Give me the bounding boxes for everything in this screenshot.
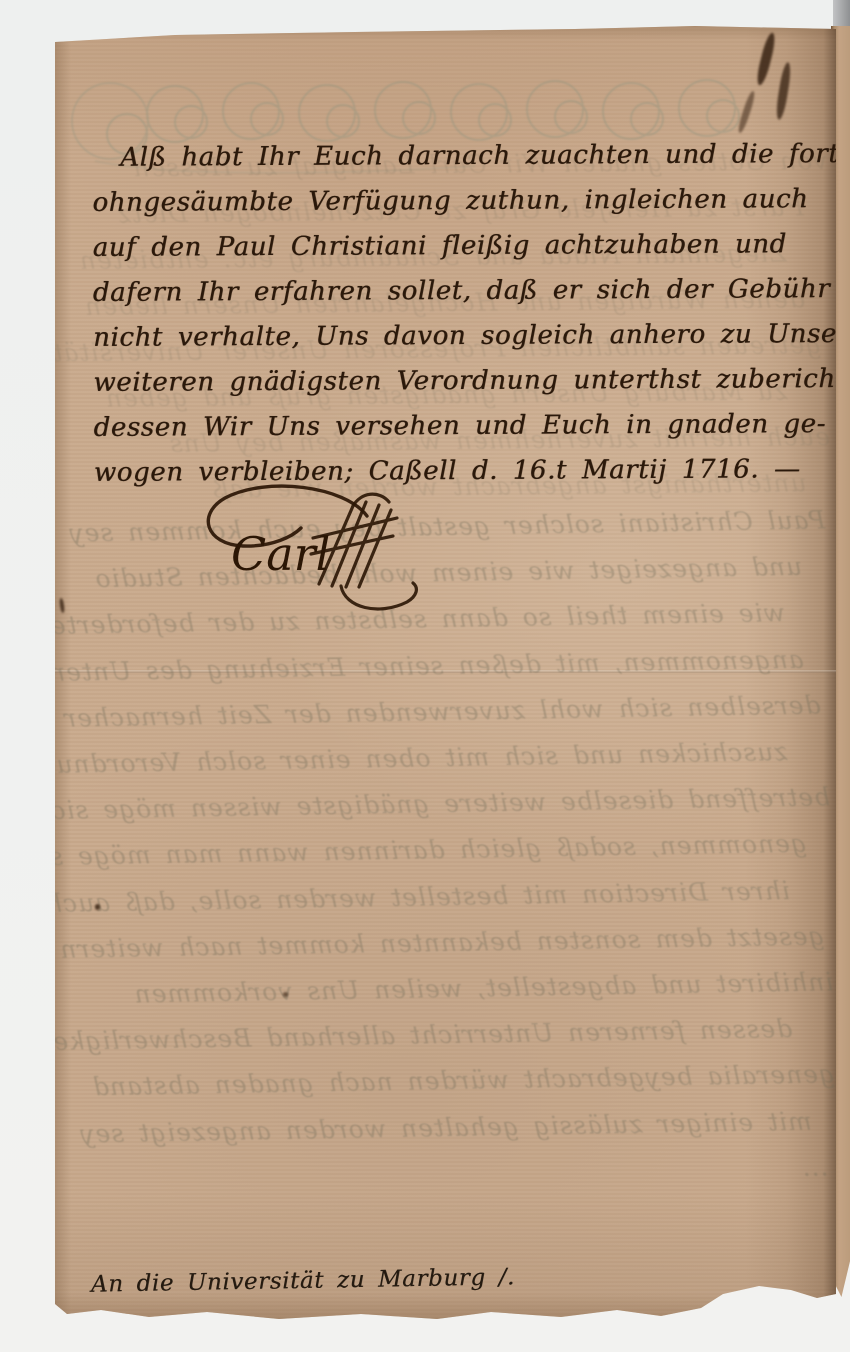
letter-text-line: dafern Ihr erfahren sollet, daß er sich … <box>93 267 829 316</box>
paper-torn-bottom-shade <box>55 1293 836 1323</box>
letter-text-line: ohngesäumbte Verfügung zuthun, ingleiche… <box>92 177 828 226</box>
letter-text-line: weiteren gnädigsten Verordnung unterthst… <box>93 357 829 406</box>
letter-text-line: auf den Paul Christiani fleißig achtzuha… <box>93 222 829 271</box>
signature-carl: Carl <box>195 472 475 632</box>
letter-text-line: nicht verhalte, Uns davon sogleich anher… <box>93 312 829 361</box>
ink-speck <box>95 904 100 910</box>
ink-speck <box>283 992 288 997</box>
scan-background: von Gottes gnaden Wir Carl Landgraf zu H… <box>0 0 850 1352</box>
letter-body-text: Alß habt Ihr Euch darnach zuachten und d… <box>92 132 830 496</box>
adjacent-page-edge-gray <box>833 0 850 30</box>
letter-text-line: Alß habt Ihr Euch darnach zuachten und d… <box>92 132 828 181</box>
letter-page: von Gottes gnaden Wir Carl Landgraf zu H… <box>55 26 836 1323</box>
letter-text-line: dessen Wir Uns versehen und Euch in gnad… <box>93 402 829 451</box>
paper-top-edge-shade <box>55 26 836 40</box>
